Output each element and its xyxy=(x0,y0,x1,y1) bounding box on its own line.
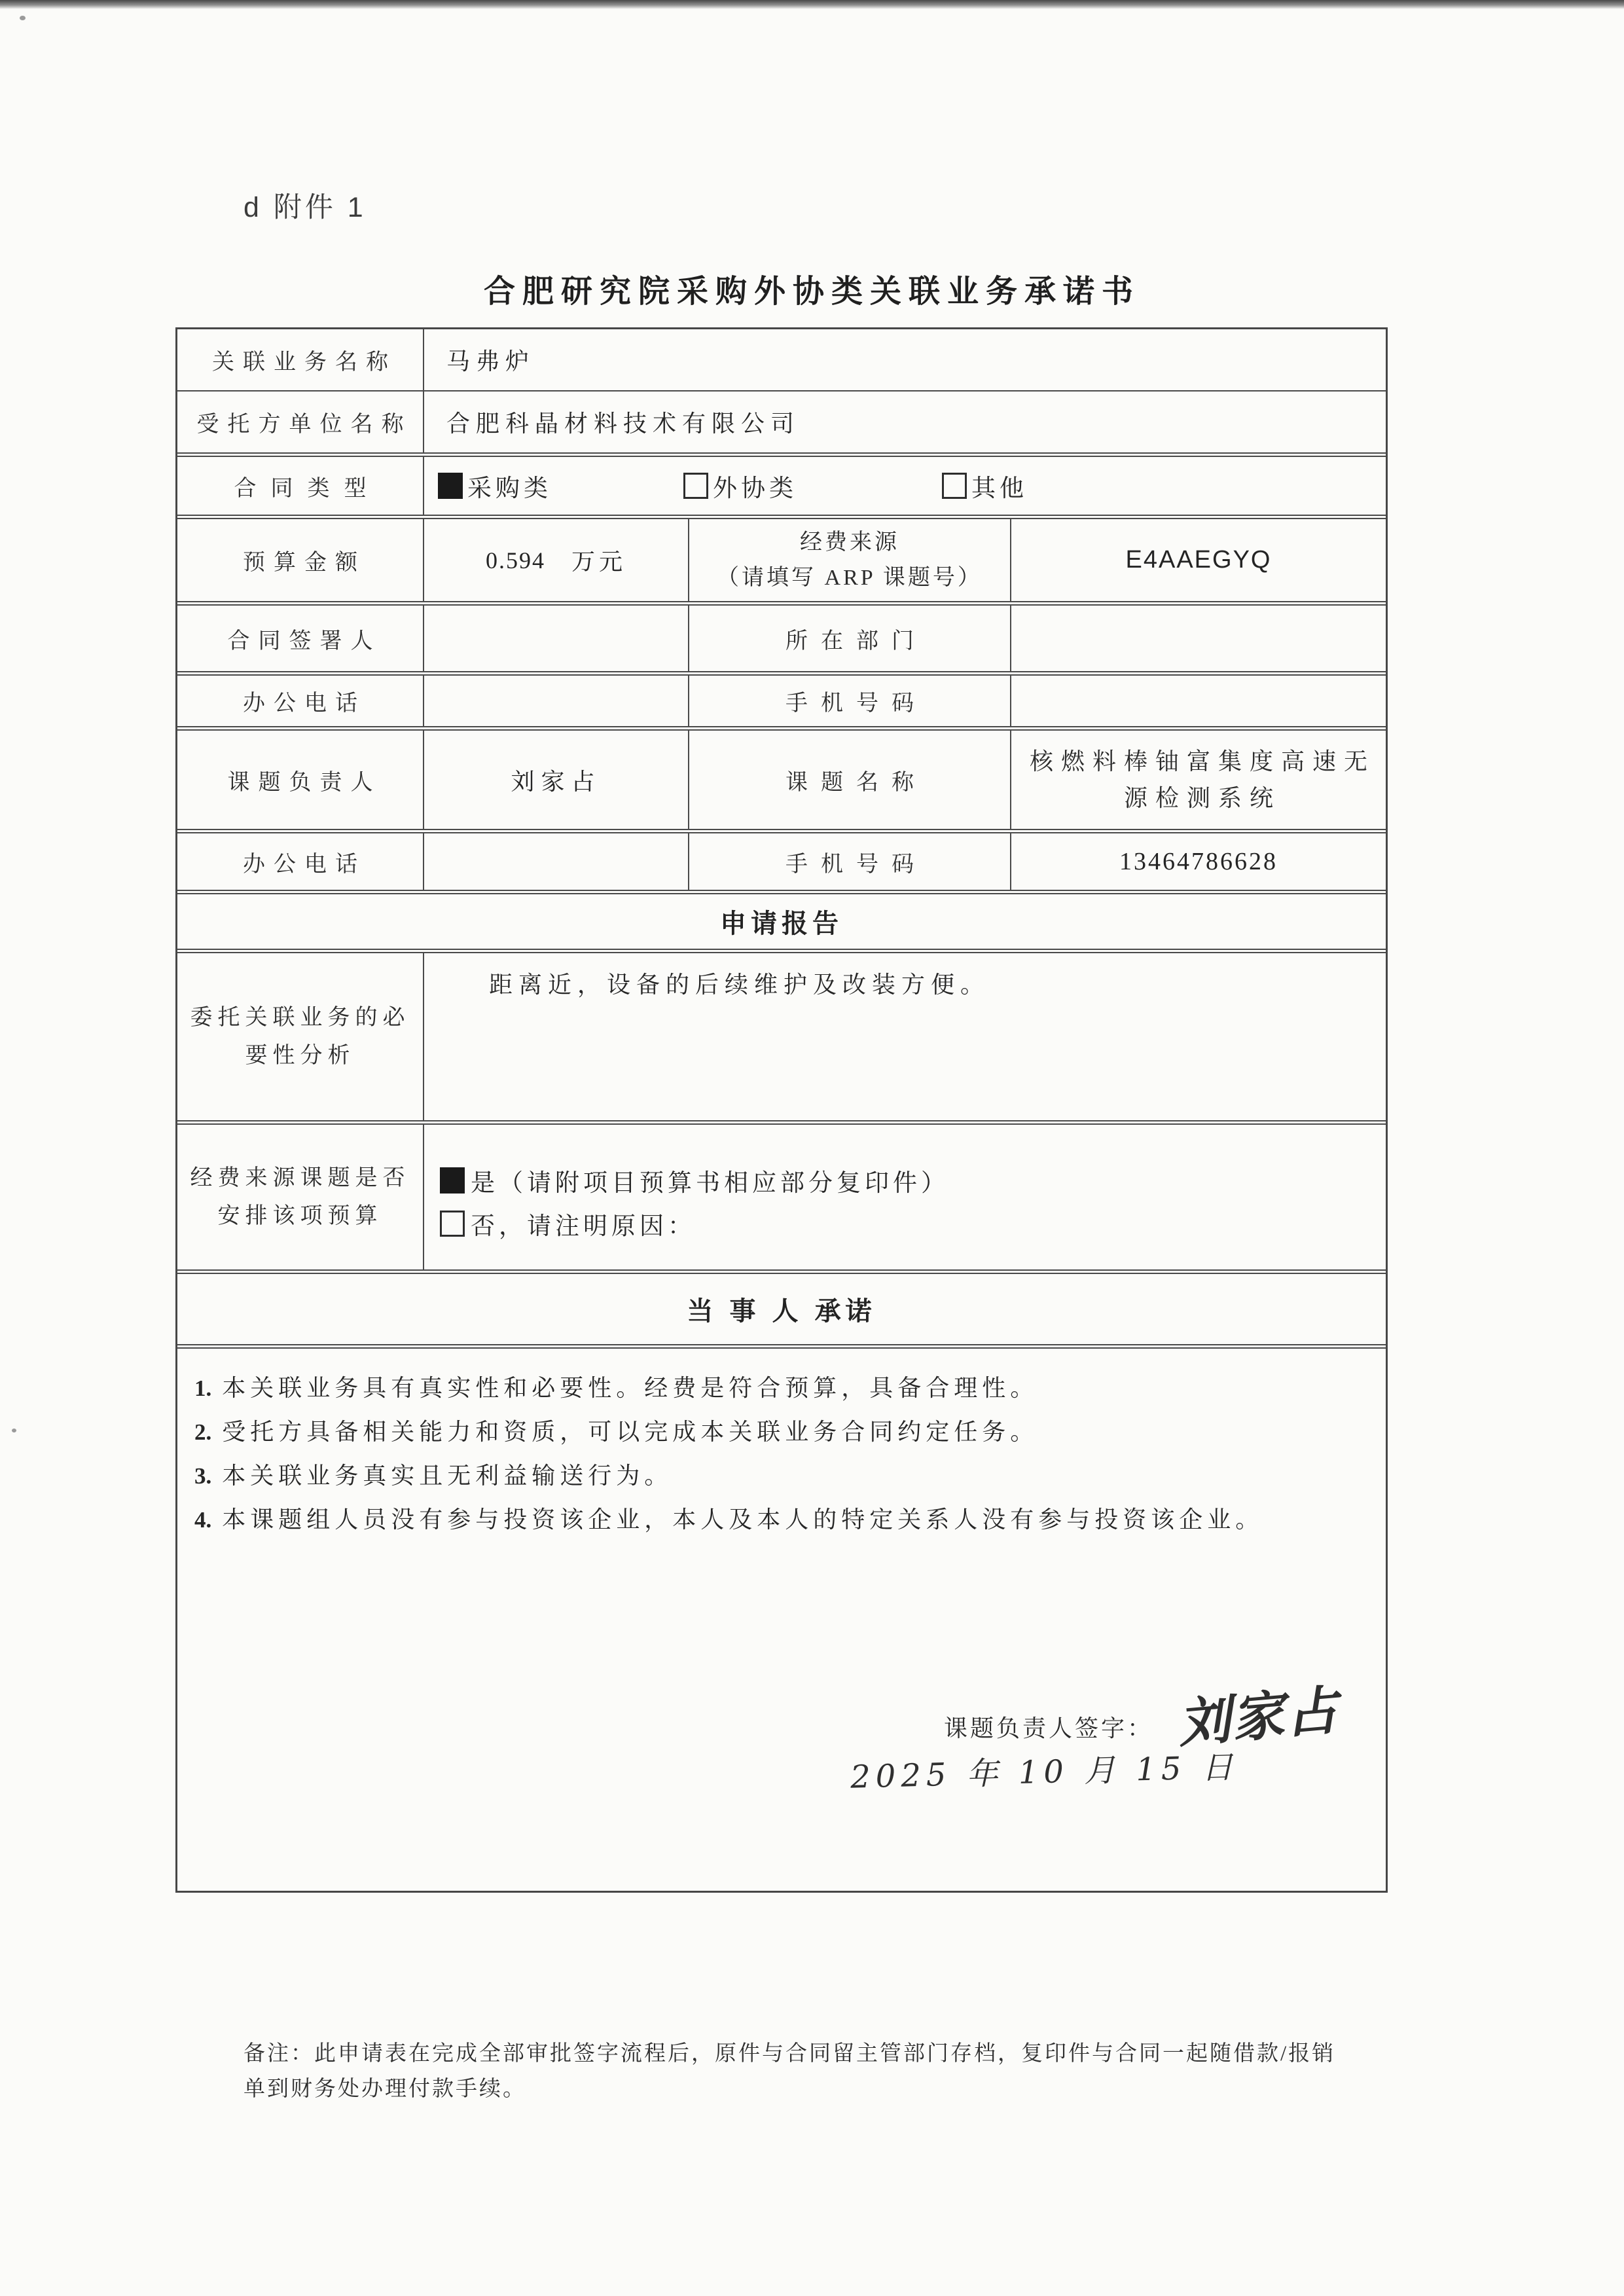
budget-arranged-label-line1: 经费来源课题是否 xyxy=(190,1159,410,1197)
mobile-2-label: 手机号码 xyxy=(688,833,1010,890)
necessity-label-line1: 委托关联业务的必 xyxy=(190,999,410,1037)
scan-speck xyxy=(20,16,26,20)
department-value xyxy=(1010,606,1386,671)
application-report-header: 申请报告 xyxy=(177,894,1386,949)
signature-handwritten-date: 2025 年 10 月 15 日 xyxy=(850,1741,1238,1796)
project-name-value: 核燃料棒铀富集度高速无 源检测系统 xyxy=(1010,731,1386,829)
checkbox-other-icon xyxy=(942,473,967,499)
necessity-label: 委托关联业务的必 要性分析 xyxy=(177,953,423,1120)
checkbox-purchase-icon xyxy=(438,473,463,499)
budget-unit: 万元 xyxy=(571,543,626,577)
row-report-header: 申请报告 xyxy=(177,894,1386,953)
option-purchase-label: 采购类 xyxy=(467,468,552,503)
funding-source-value: E4AAEGYQ xyxy=(1010,519,1386,601)
contract-signer-value xyxy=(423,606,688,671)
project-leader-value: 刘家占 xyxy=(423,731,688,829)
commitment-item-1: 1.本关联业务具有真实性和必要性。经费是符合预算，具备合理性。 xyxy=(194,1366,1263,1410)
commitment-item-3: 3.本关联业务真实且无利益输送行为。 xyxy=(194,1454,1263,1498)
checkbox-yes-icon xyxy=(440,1167,465,1194)
row-contract-type: 合同类型 采购类 外协类 其他 xyxy=(177,457,1386,519)
contract-type-label: 合同类型 xyxy=(177,457,423,515)
mobile-1-value xyxy=(1010,676,1386,726)
checkbox-outsourcing-icon xyxy=(683,473,708,499)
attachment-label: d 附件 1 xyxy=(244,185,367,225)
project-name-value-line1: 核燃料棒铀富集度高速无 xyxy=(1022,743,1375,780)
row-office-phone-1: 办公电话 手机号码 xyxy=(177,676,1386,731)
budget-arranged-yes: 是（请附项目预算书相应部分复印件） xyxy=(440,1163,949,1198)
scan-speck xyxy=(12,1429,16,1432)
funding-source-label-line1: 经费来源 xyxy=(800,525,899,560)
footer-note-line2: 单到财务处办理付款手续。 xyxy=(244,2071,1335,2107)
commitment-items: 1.本关联业务具有真实性和必要性。经费是符合预算，具备合理性。 2.受托方具备相… xyxy=(194,1366,1263,1542)
option-other-label: 其他 xyxy=(971,468,1028,503)
footer-note-line1: 备注：此申请表在完成全部审批签字流程后，原件与合同留主管部门存档，复印件与合同一… xyxy=(244,2036,1335,2071)
commitment-item-3-num: 3. xyxy=(194,1463,211,1489)
contract-signer-label: 合同签署人 xyxy=(177,606,423,671)
commitment-item-4-num: 4. xyxy=(194,1507,211,1533)
funding-source-label-line2: （请填写 ARP 课题号） xyxy=(717,560,983,596)
budget-amount-cell: 0.594 万元 xyxy=(423,519,688,601)
option-other: 其他 xyxy=(942,468,1028,503)
project-name-value-line2: 源检测系统 xyxy=(1116,780,1281,816)
commitment-item-3-text: 本关联业务真实且无利益输送行为。 xyxy=(222,1463,672,1489)
commitment-item-1-text: 本关联业务具有真实性和必要性。经费是符合预算，具备合理性。 xyxy=(222,1375,1038,1401)
mobile-2-value: 13464786628 xyxy=(1010,833,1386,890)
commitment-item-2-num: 2. xyxy=(194,1419,211,1445)
necessity-content: 距离近，设备的后续维护及改装方便。 xyxy=(423,953,1386,1120)
office-phone-2-value xyxy=(423,833,688,890)
commitment-item-2-text: 受托方具备相关能力和资质，可以完成本关联业务合同约定任务。 xyxy=(222,1419,1038,1445)
document-title: 合肥研究院采购外协类关联业务承诺书 xyxy=(0,266,1624,311)
row-office-phone-2: 办公电话 手机号码 13464786628 xyxy=(177,833,1386,894)
row-commitment-body: 1.本关联业务具有真实性和必要性。经费是符合预算，具备合理性。 2.受托方具备相… xyxy=(177,1349,1386,1891)
row-necessity: 委托关联业务的必 要性分析 距离近，设备的后续维护及改装方便。 xyxy=(177,953,1386,1125)
related-business-label: 关联业务名称 xyxy=(177,329,423,390)
option-purchase: 采购类 xyxy=(438,468,552,503)
row-budget-arranged: 经费来源课题是否 安排该项预算 是（请附项目预算书相应部分复印件） 否，请注明原… xyxy=(177,1125,1386,1274)
form-table: 关联业务名称 马弗炉 受托方单位名称 合肥科晶材料技术有限公司 合同类型 采购类… xyxy=(175,327,1388,1893)
row-project-leader: 课题负责人 刘家占 课题名称 核燃料棒铀富集度高速无 源检测系统 xyxy=(177,731,1386,833)
commitment-item-4: 4.本课题组人员没有参与投资该企业，本人及本人的特定关系人没有参与投资该企业。 xyxy=(194,1498,1263,1542)
scan-edge-artifact xyxy=(0,0,1624,9)
office-phone-1-value xyxy=(423,676,688,726)
office-phone-2-label: 办公电话 xyxy=(177,833,423,890)
budget-arranged-label: 经费来源课题是否 安排该项预算 xyxy=(177,1125,423,1269)
signature-label: 课题负责人签字： xyxy=(944,1710,1153,1743)
budget-label: 预算金额 xyxy=(177,519,423,601)
option-outsourcing-label: 外协类 xyxy=(713,468,797,503)
trustee-unit-value: 合肥科晶材料技术有限公司 xyxy=(423,392,1386,452)
necessity-label-line2: 要性分析 xyxy=(245,1037,355,1075)
row-contract-signer: 合同签署人 所在部门 xyxy=(177,606,1386,676)
related-business-value: 马弗炉 xyxy=(423,329,1386,390)
footer-note: 备注：此申请表在完成全部审批签字流程后，原件与合同留主管部门存档，复印件与合同一… xyxy=(244,2036,1335,2107)
budget-arranged-no: 否，请注明原因： xyxy=(440,1206,696,1241)
budget-arranged-options: 是（请附项目预算书相应部分复印件） 否，请注明原因： xyxy=(423,1125,1386,1269)
option-outsourcing: 外协类 xyxy=(683,468,797,503)
commitment-item-4-text: 本课题组人员没有参与投资该企业，本人及本人的特定关系人没有参与投资该企业。 xyxy=(222,1506,1263,1533)
checkbox-no-icon xyxy=(440,1211,465,1237)
funding-source-label: 经费来源 （请填写 ARP 课题号） xyxy=(688,519,1010,601)
commitment-header: 当 事 人 承诺 xyxy=(177,1274,1386,1344)
commitment-body: 1.本关联业务具有真实性和必要性。经费是符合预算，具备合理性。 2.受托方具备相… xyxy=(177,1349,1386,1891)
project-name-label: 课题名称 xyxy=(688,731,1010,829)
project-leader-label: 课题负责人 xyxy=(177,731,423,829)
budget-arranged-no-text: 否，请注明原因： xyxy=(471,1206,696,1241)
row-trustee-unit: 受托方单位名称 合肥科晶材料技术有限公司 xyxy=(177,392,1386,457)
commitment-item-1-num: 1. xyxy=(194,1376,211,1401)
contract-type-options: 采购类 外协类 其他 xyxy=(423,457,1386,515)
mobile-1-label: 手机号码 xyxy=(688,676,1010,726)
row-related-business: 关联业务名称 马弗炉 xyxy=(177,329,1386,392)
budget-arranged-yes-text: 是（请附项目预算书相应部分复印件） xyxy=(471,1163,949,1198)
row-budget: 预算金额 0.594 万元 经费来源 （请填写 ARP 课题号） E4AAEGY… xyxy=(177,519,1386,606)
office-phone-1-label: 办公电话 xyxy=(177,676,423,726)
department-label: 所在部门 xyxy=(688,606,1010,671)
trustee-unit-label: 受托方单位名称 xyxy=(177,392,423,452)
row-commitment-header: 当 事 人 承诺 xyxy=(177,1274,1386,1349)
commitment-item-2: 2.受托方具备相关能力和资质，可以完成本关联业务合同约定任务。 xyxy=(194,1410,1263,1454)
budget-amount: 0.594 xyxy=(486,547,545,574)
budget-arranged-label-line2: 安排该项预算 xyxy=(218,1197,383,1235)
